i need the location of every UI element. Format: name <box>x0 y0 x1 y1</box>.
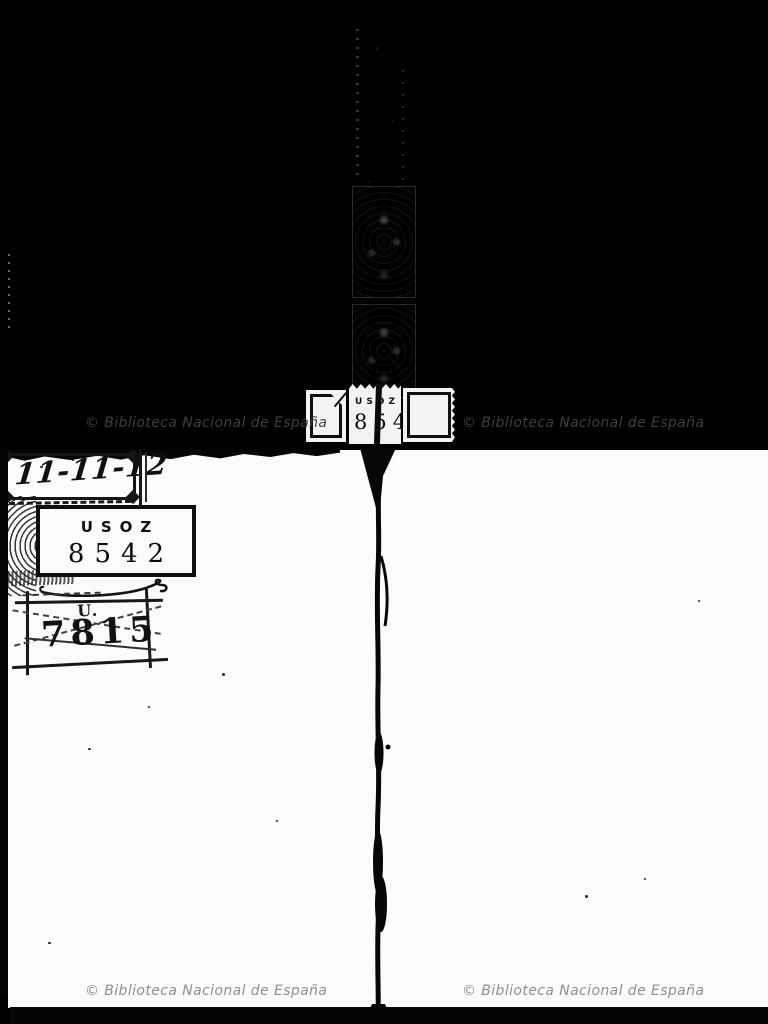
spine-label-fragment-right <box>403 388 455 442</box>
stamp-rule <box>26 591 29 675</box>
page-gutter-crease <box>352 448 400 1024</box>
watermark: © Biblioteca Nacional de España <box>462 415 704 431</box>
book-cover-scan: USOZ 8542 © Biblioteca Nacional de Españ… <box>0 0 768 450</box>
scan-edge-speckles <box>8 250 10 328</box>
spine-shelfmark-label: USOZ 8542 <box>306 383 456 445</box>
frame-rule <box>145 452 147 502</box>
watermark: © Biblioteca Nacional de España <box>85 983 327 999</box>
watermark: © Biblioteca Nacional de España <box>462 983 704 999</box>
paper-speck <box>698 600 700 602</box>
spine-scratches <box>402 60 404 180</box>
spine-scratches <box>356 25 359 175</box>
usoz-stamp-text: USOZ <box>40 518 192 536</box>
paper-speck <box>276 820 278 822</box>
paper-speck <box>585 895 588 898</box>
spine-label-fragment-center: USOZ 8542 <box>349 384 401 444</box>
paper-speck <box>48 942 51 944</box>
u-stamp-number: 7815 <box>40 609 159 656</box>
book-spine <box>346 0 424 404</box>
spine-ornament-panel <box>352 186 416 298</box>
label-tear-mark <box>374 382 382 446</box>
paper-speck <box>644 878 646 880</box>
paper-speck <box>72 459 74 461</box>
paper-speck <box>40 466 43 468</box>
label-border <box>407 392 451 438</box>
scan-left-edge <box>0 450 8 995</box>
scanned-book-page: USOZ 8542 © Biblioteca Nacional de Españ… <box>0 0 768 1024</box>
stamp-rule <box>12 658 168 669</box>
watermark: © Biblioteca Nacional de España <box>85 415 327 431</box>
usoz-accession-stamp: USOZ 8542 <box>36 505 196 577</box>
stamp-dash-line <box>23 592 101 597</box>
usoz-stamp-number: 8542 <box>40 539 192 569</box>
u-accession-stamp: U. 7815 <box>13 588 168 675</box>
scan-bottom-edge <box>10 1007 768 1024</box>
paper-speck <box>222 673 225 676</box>
paper-speck <box>148 706 150 708</box>
frame-rule <box>139 450 142 507</box>
paper-speck <box>88 748 91 750</box>
